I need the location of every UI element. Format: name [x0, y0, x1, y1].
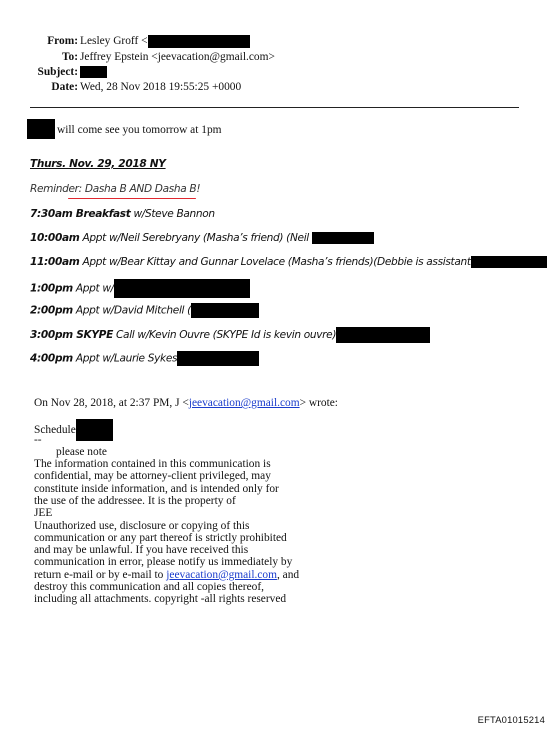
disclaimer-line: constitute inside information, and is in… — [34, 483, 279, 495]
reminder-text: Dasha B AND Dasha B! — [85, 183, 200, 195]
intro-line: will come see you tomorrow at 1pm — [27, 119, 222, 139]
schedule-item: 3:00pm SKYPE Call w/Kevin Ouvre (SKYPE I… — [30, 327, 430, 343]
schedule-time: 1:00pm — [30, 283, 73, 295]
subject-label: Subject: — [38, 65, 79, 79]
from-name: Lesley Groff < — [80, 35, 148, 47]
reminder-highlight-underline — [68, 198, 196, 199]
schedule-event-type: Breakfast — [72, 208, 130, 220]
redaction-box — [148, 35, 250, 48]
schedule-text: Appt w/Neil Serebryany (Masha’s friend) … — [79, 232, 311, 244]
subject-value — [80, 65, 107, 79]
date-label: Date: — [51, 80, 78, 94]
schedule-text: Appt w/Laurie Sykes — [73, 353, 177, 365]
attribution-suffix: > wrote: — [300, 397, 338, 409]
disclaimer-line: communication in error, please notify us… — [34, 556, 292, 568]
schedule-item: 4:00pm Appt w/Laurie Sykes — [30, 351, 259, 366]
signature-dashes: -- — [34, 434, 42, 446]
disclaimer-line: and may be unlawful. If you have receive… — [34, 544, 248, 556]
schedule-text: Call w/Kevin Ouvre (SKYPE Id is kevin ou… — [113, 329, 336, 341]
schedule-time: 11:00am — [30, 256, 79, 268]
schedule-time: 2:00pm — [30, 305, 73, 317]
disclaimer-line: communication or any part thereof is str… — [34, 532, 287, 544]
redaction-box — [114, 279, 250, 298]
disclaimer-line: destroy this communication and all copie… — [34, 581, 264, 593]
to-value: Jeffrey Epstein <jeevacation@gmail.com> — [80, 50, 275, 64]
intro-text: will come see you tomorrow at 1pm — [57, 124, 222, 136]
day-heading: Thurs. Nov. 29, 2018 NY — [30, 157, 166, 171]
date-value: Wed, 28 Nov 2018 19:55:25 +0000 — [80, 80, 241, 94]
schedule-item: 11:00am Appt w/Bear Kittay and Gunnar Lo… — [30, 255, 547, 269]
from-value: Lesley Groff < — [80, 34, 250, 48]
schedule-text: Appt w/ — [73, 283, 114, 295]
please-note: please note — [56, 446, 107, 458]
from-label: From: — [47, 34, 78, 48]
schedule-item: 2:00pm Appt w/David Mitchell ( — [30, 303, 259, 318]
disclaimer-line: The information contained in this commun… — [34, 458, 271, 470]
schedule-time: 3:00pm — [30, 329, 73, 341]
redaction-box — [27, 119, 55, 139]
redaction-box — [312, 232, 374, 244]
reminder-line: Reminder: Dasha B AND Dasha B! — [30, 182, 200, 196]
schedule-item: 10:00am Appt w/Neil Serebryany (Masha’s … — [30, 231, 374, 245]
redaction-box — [336, 327, 430, 343]
disclaimer-line: Unauthorized use, disclosure or copying … — [34, 520, 249, 532]
schedule-event-type: SKYPE — [73, 329, 113, 341]
attribution-prefix: On Nov 28, 2018, at 2:37 PM, J < — [34, 397, 189, 409]
header-divider — [30, 107, 519, 108]
schedule-text: Appt w/David Mitchell ( — [73, 305, 191, 317]
schedule-text: w/Steve Bannon — [130, 208, 214, 220]
disclaimer-line: the use of the addressee. It is the prop… — [34, 495, 236, 507]
redaction-box — [80, 66, 107, 78]
redaction-box — [76, 419, 113, 441]
redaction-box — [471, 256, 547, 268]
return-suffix: , and — [277, 569, 299, 581]
return-prefix: return e-mail or by e-mail to — [34, 569, 166, 581]
document-id: EFTA01015214 — [478, 714, 545, 725]
email-link[interactable]: jeevacation@gmail.com — [166, 569, 277, 581]
schedule-time: 10:00am — [30, 232, 79, 244]
redaction-box — [177, 351, 259, 366]
disclaimer-line: including all attachments. copyright -al… — [34, 593, 286, 605]
schedule-time: 7:30am — [30, 208, 72, 220]
schedule-line: Schedule — [34, 419, 113, 441]
to-label: To: — [62, 50, 78, 64]
email-link[interactable]: jeevacation@gmail.com — [189, 397, 300, 409]
disclaimer-line: confidential, may be attorney-client pri… — [34, 470, 271, 482]
schedule-time: 4:00pm — [30, 353, 73, 365]
schedule-text: Appt w/Bear Kittay and Gunnar Lovelace (… — [79, 256, 470, 268]
day-heading-text: Thurs. Nov. 29, 2018 NY — [30, 158, 166, 170]
disclaimer-line: JEE — [34, 507, 52, 519]
schedule-item: 7:30am Breakfast w/Steve Bannon — [30, 207, 215, 221]
reminder-prefix: Reminder: — [30, 183, 85, 195]
redaction-box — [191, 303, 259, 318]
quote-attribution: On Nov 28, 2018, at 2:37 PM, J <jeevacat… — [34, 397, 338, 409]
schedule-item: 1:00pm Appt w/ — [30, 279, 250, 298]
disclaimer-line: return e-mail or by e-mail to jeevacatio… — [34, 569, 299, 581]
